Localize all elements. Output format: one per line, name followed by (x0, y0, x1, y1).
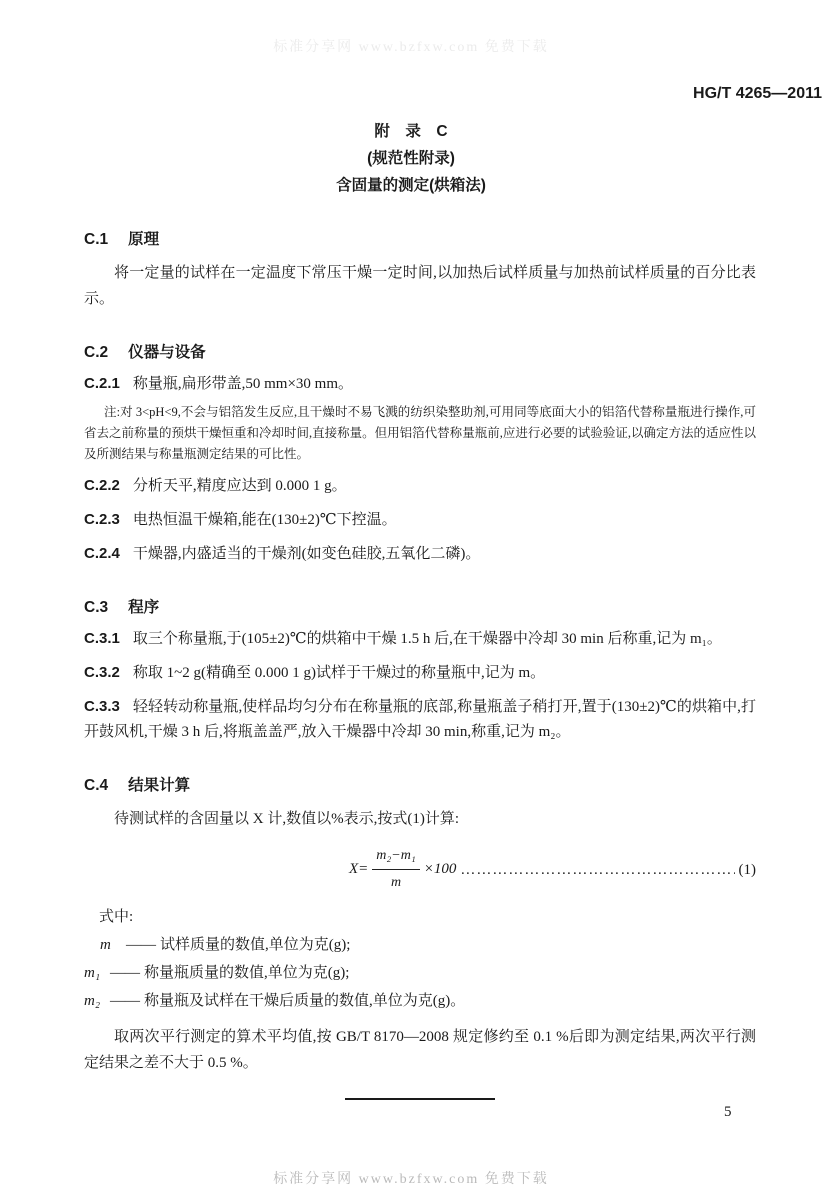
clause-c2-1-note: 注:对 3<pH<9,不会与铝箔发生反应,且干燥时不易飞溅的纺织染整助剂,可用同… (84, 402, 756, 465)
dash: —— (110, 965, 140, 981)
clause-c3-3: C.3.3轻轻转动称量瓶,使样品均匀分布在称量瓶的底部,称量瓶盖子稍打开,置于(… (84, 694, 756, 745)
clause-c2-1: C.2.1称量瓶,扁形带盖,50 mm×30 mm。 (84, 371, 756, 397)
where-item-m: m——试样质量的数值,单位为克(g); (84, 932, 756, 958)
clause-c2-2-number: C.2.2 (84, 477, 120, 494)
section-c4-closing: 取两次平行测定的算术平均值,按 GB/T 8170—2008 规定修约至 0.1… (84, 1024, 756, 1076)
section-c3-number: C.3 (84, 599, 108, 616)
appendix-type: (规范性附录) (0, 145, 822, 172)
section-c2-title: 仪器与设备 (128, 344, 206, 361)
section-c2-heading: C.2仪器与设备 (84, 342, 756, 363)
equation-lhs: X= (349, 861, 368, 877)
equation-1: X=m₂−m₁m×100 ………………………………………………………………………… (84, 844, 756, 895)
symbol-m2-desc: 称量瓶及试样在干燥后质量的数值,单位为克(g)。 (144, 993, 465, 1009)
section-c1-title: 原理 (128, 231, 159, 248)
clause-c3-1-number: C.3.1 (84, 630, 120, 647)
clause-c3-2-text: 称取 1~2 g(精确至 0.000 1 g)试样于干燥过的称量瓶中,记为 m。 (133, 665, 545, 681)
section-c1-heading: C.1原理 (84, 229, 756, 250)
section-c4-heading: C.4结果计算 (84, 775, 756, 796)
clause-c2-2-text: 分析天平,精度应达到 0.000 1 g。 (133, 478, 347, 494)
equation-leader-dots: ………………………………………………………………………………………… (460, 858, 734, 882)
symbol-m-desc: 试样质量的数值,单位为克(g); (160, 937, 350, 953)
clause-c3-1: C.3.1取三个称量瓶,于(105±2)℃的烘箱中干燥 1.5 h 后,在干燥器… (84, 626, 756, 652)
equation-multiplier: ×100 (424, 861, 457, 877)
clause-c2-4-number: C.2.4 (84, 545, 120, 562)
section-c1-body: 将一定量的试样在一定温度下常压干燥一定时间,以加热后试样质量与加热前试样质量的百… (84, 260, 756, 312)
symbol-m1-desc: 称量瓶质量的数值,单位为克(g); (144, 965, 349, 981)
section-c3-heading: C.3程序 (84, 597, 756, 618)
symbol-m1: m₁ (84, 960, 110, 986)
clause-c2-1-number: C.2.1 (84, 375, 120, 392)
section-c3-title: 程序 (128, 599, 159, 616)
section-c4-number: C.4 (84, 777, 108, 794)
where-label: 式中: (84, 905, 756, 930)
equation-numerator: m₂−m₁ (372, 844, 419, 870)
document-page: 标准分享网 www.bzfxw.com 免费下载 HG/T 4265—2011 … (0, 0, 822, 1200)
clause-c2-3: C.2.3电热恒温干燥箱,能在(130±2)℃下控温。 (84, 507, 756, 533)
watermark-bottom: 标准分享网 www.bzfxw.com 免费下载 (0, 1168, 822, 1188)
section-c4-title: 结果计算 (128, 777, 190, 794)
symbol-m: m (100, 932, 126, 958)
equation-fraction: m₂−m₁m (372, 844, 419, 895)
clause-c3-3-text: 轻轻转动称量瓶,使样品均匀分布在称量瓶的底部,称量瓶盖子稍打开,置于(130±2… (84, 699, 756, 740)
clause-c3-2-number: C.3.2 (84, 664, 120, 681)
clause-c2-2: C.2.2分析天平,精度应达到 0.000 1 g。 (84, 473, 756, 499)
clause-c3-1-text: 取三个称量瓶,于(105±2)℃的烘箱中干燥 1.5 h 后,在干燥器中冷却 3… (133, 631, 722, 647)
clause-c2-4-text: 干燥器,内盛适当的干燥剂(如变色硅胶,五氧化二磷)。 (133, 546, 481, 562)
document-content: C.1原理 将一定量的试样在一定温度下常压干燥一定时间,以加热后试样质量与加热前… (0, 229, 822, 1100)
equation-denominator: m (372, 870, 419, 895)
clause-c3-2: C.3.2称取 1~2 g(精确至 0.000 1 g)试样于干燥过的称量瓶中,… (84, 660, 756, 686)
appendix-title-block: 附 录 C (规范性附录) 含固量的测定(烘箱法) (0, 118, 822, 199)
clause-c2-4: C.2.4干燥器,内盛适当的干燥剂(如变色硅胶,五氧化二磷)。 (84, 541, 756, 567)
dash: —— (126, 937, 156, 953)
section-c2-number: C.2 (84, 344, 108, 361)
equation-number: (1) (739, 858, 757, 882)
clause-c2-3-text: 电热恒温干燥箱,能在(130±2)℃下控温。 (133, 512, 397, 528)
section-c1-number: C.1 (84, 231, 108, 248)
clause-c2-3-number: C.2.3 (84, 511, 120, 528)
where-item-m2: m₂——称量瓶及试样在干燥后质量的数值,单位为克(g)。 (84, 988, 756, 1014)
watermark-top: 标准分享网 www.bzfxw.com 免费下载 (0, 36, 822, 56)
symbol-m2: m₂ (84, 988, 110, 1014)
appendix-label: 附 录 C (0, 118, 822, 145)
clause-c3-3-number: C.3.3 (84, 698, 120, 715)
section-c4-intro: 待测试样的含固量以 X 计,数值以%表示,按式(1)计算: (84, 806, 756, 832)
dash: —— (110, 993, 140, 1009)
page-number: 5 (724, 1104, 732, 1121)
equation-expression: X=m₂−m₁m×100 (349, 844, 456, 895)
end-of-document-divider (345, 1098, 495, 1100)
appendix-subject: 含固量的测定(烘箱法) (0, 172, 822, 199)
clause-c2-1-text: 称量瓶,扁形带盖,50 mm×30 mm。 (133, 376, 353, 392)
where-item-m1: m₁——称量瓶质量的数值,单位为克(g); (84, 960, 756, 986)
